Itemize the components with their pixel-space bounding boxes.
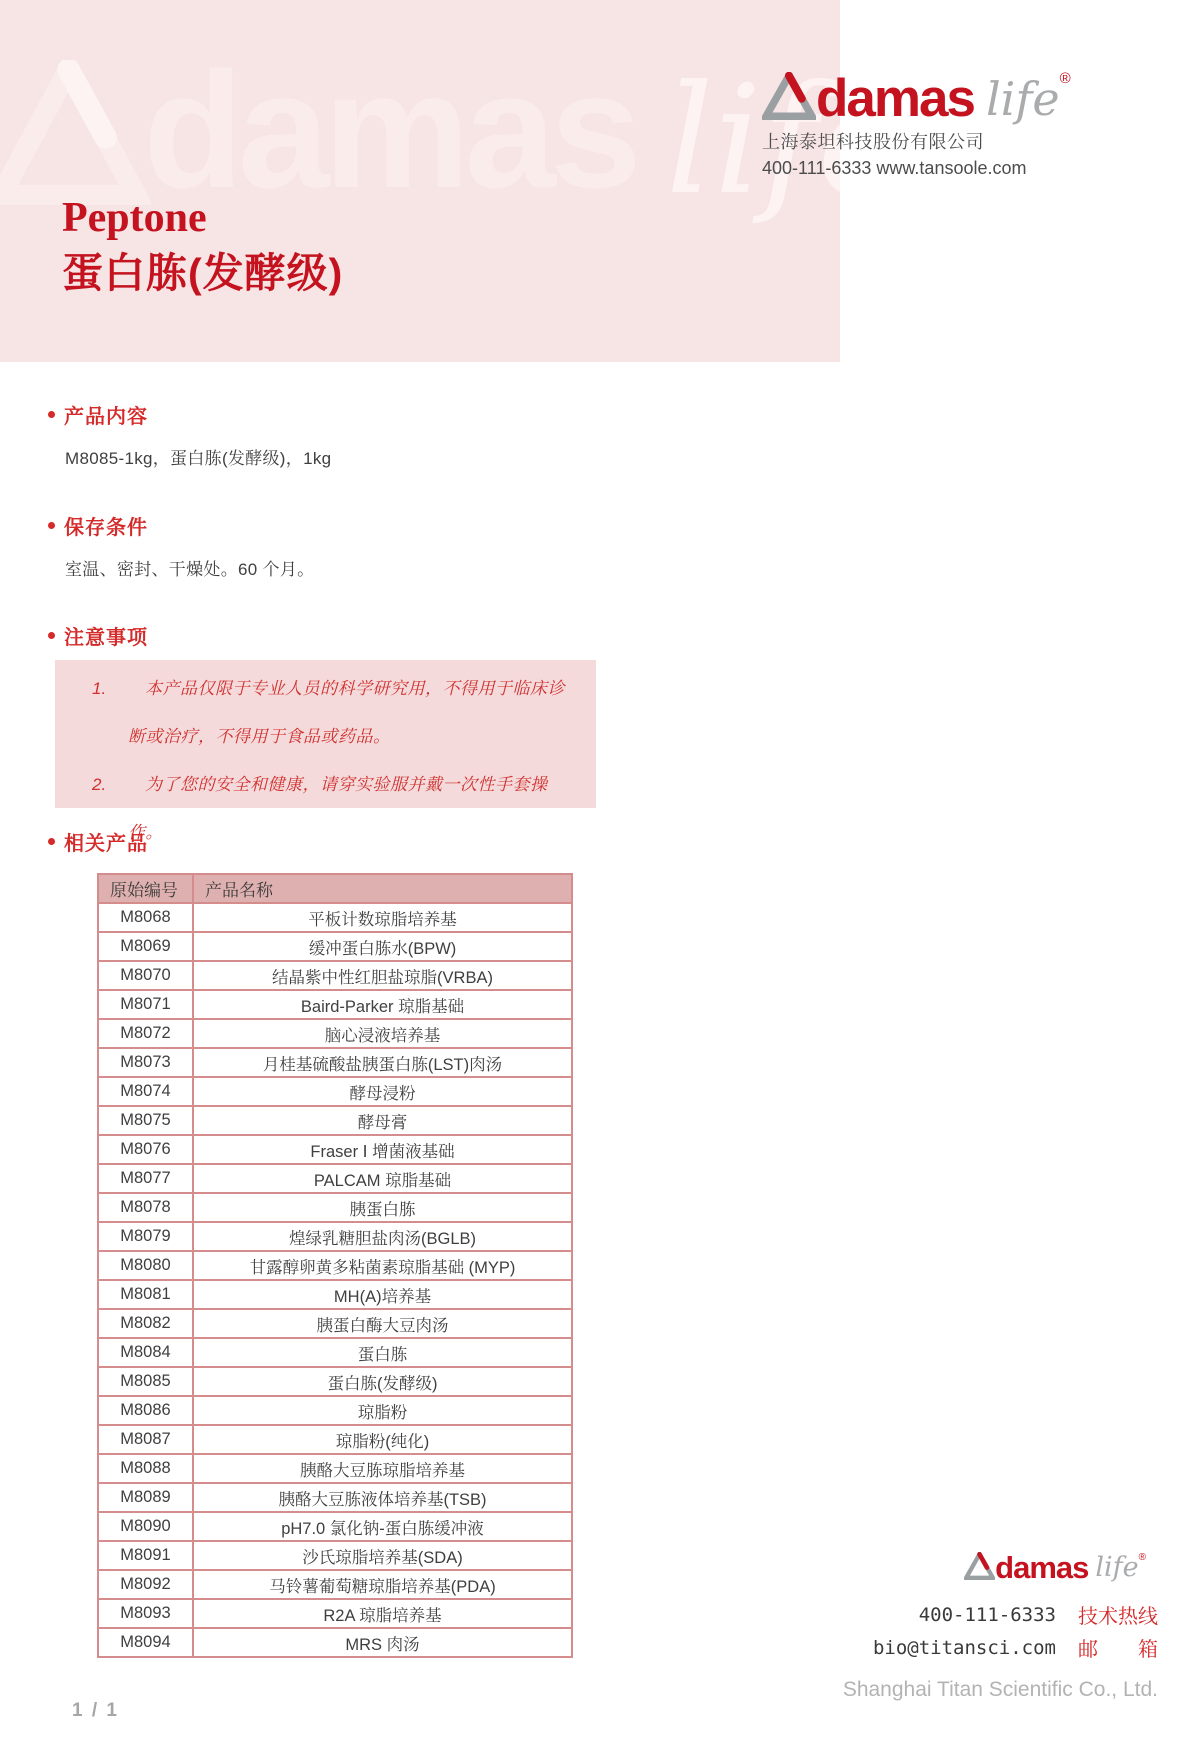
product-name-cell: 胰酪大豆胨液体培养基(TSB) [193,1483,572,1512]
hotline-row: 400-111-6333 技术热线 [873,1600,1158,1629]
note-text: 为了您的安全和健康，请穿实验服并戴一次性手套操作。 [128,761,571,857]
table-row: M8084蛋白胨 [98,1338,572,1367]
table-row: M8087琼脂粉(纯化) [98,1425,572,1454]
brand-registered-mark: ® [1060,70,1071,87]
table-row: M8091沙氏琼脂培养基(SDA) [98,1541,572,1570]
section-heading-label: 保存条件 [64,511,148,540]
product-name-cell: 平板计数琼脂培养基 [193,903,572,932]
product-name-cell: 胰蛋白胨 [193,1193,572,1222]
notes-box: 1. 本产品仅限于专业人员的科学研究用，不得用于临床诊断或治疗，不得用于食品或药… [55,660,596,808]
product-name-cell: 马铃薯葡萄糖琼脂培养基(PDA) [193,1570,572,1599]
bullet-icon [48,838,55,845]
table-row: M8094MRS 肉汤 [98,1628,572,1657]
section-heading-storage: 保存条件 [48,511,148,540]
product-name-cell: 脑心浸液培养基 [193,1019,572,1048]
product-code-cell: M8086 [98,1396,193,1425]
related-products-body: M8068平板计数琼脂培养基M8069缓冲蛋白胨水(BPW)M8070结晶紫中性… [98,903,572,1657]
product-name-cell: R2A 琼脂培养基 [193,1599,572,1628]
adamas-triangle-watermark-icon [0,60,151,205]
adamas-triangle-logo-icon [762,72,816,120]
product-code-cell: M8070 [98,961,193,990]
table-row: M8069缓冲蛋白胨水(BPW) [98,932,572,961]
product-code-cell: M8094 [98,1628,193,1657]
product-code-cell: M8077 [98,1164,193,1193]
hotline-number: 400-111-6333 [919,1604,1056,1626]
product-name-cell: 琼脂粉 [193,1396,572,1425]
note-text: 本产品仅限于专业人员的科学研究用，不得用于临床诊断或治疗，不得用于食品或药品。 [128,665,571,761]
table-row: M8085蛋白胨(发酵级) [98,1367,572,1396]
table-row: M8071Baird-Parker 琼脂基础 [98,990,572,1019]
watermark-damas-text: damas [143,48,636,213]
table-row: M8081MH(A)培养基 [98,1280,572,1309]
hotline-label: 技术热线 [1078,1600,1158,1629]
product-name-cell: PALCAM 琼脂基础 [193,1164,572,1193]
table-row: M8070结晶紫中性红胆盐琼脂(VRBA) [98,961,572,990]
table-row: M8090pH7.0 氯化钠-蛋白胨缓冲液 [98,1512,572,1541]
product-code-cell: M8075 [98,1106,193,1135]
brand-registered-mark: ® [1139,1552,1146,1563]
brand-life-text: life [1095,1556,1138,1580]
table-row: M8075酵母膏 [98,1106,572,1135]
company-logo-top: damas life ® 上海泰坦科技股份有限公司 400-111-6333 w… [762,72,1071,179]
product-name-cell: Fraser Ⅰ 增菌液基础 [193,1135,572,1164]
section-heading-label: 相关产品 [64,827,148,856]
bullet-icon [48,411,55,418]
product-code-cell: M8092 [98,1570,193,1599]
table-row: M8080甘露醇卵黄多粘菌素琼脂基础 (MYP) [98,1251,572,1280]
table-row: M8086琼脂粉 [98,1396,572,1425]
related-products-table: 原始编号 产品名称 M8068平板计数琼脂培养基M8069缓冲蛋白胨水(BPW)… [97,873,573,1658]
table-header-row: 原始编号 产品名称 [98,874,572,903]
product-code-cell: M8078 [98,1193,193,1222]
product-name-cell: 月桂基硫酸盐胰蛋白胨(LST)肉汤 [193,1048,572,1077]
table-row: M8072脑心浸液培养基 [98,1019,572,1048]
table-row: M8073月桂基硫酸盐胰蛋白胨(LST)肉汤 [98,1048,572,1077]
product-title-zh: 蛋白胨(发酵级) [62,245,343,302]
adamas-triangle-logo-icon [964,1552,995,1580]
header-banner: damas life ® Peptone 蛋白胨(发酵级) [0,0,840,362]
product-name-cell: 胰蛋白酶大豆肉汤 [193,1309,572,1338]
brand-logo-line: damas life ® [762,72,1071,120]
table-row: M8079煌绿乳糖胆盐肉汤(BGLB) [98,1222,572,1251]
section-heading-label: 注意事项 [64,621,148,650]
note-number: 1. [92,665,128,761]
company-logo-bottom: damas life ® [964,1552,1146,1580]
product-name-cell: 甘露醇卵黄多粘菌素琼脂基础 (MYP) [193,1251,572,1280]
company-contact-line: 400-111-6333 www.tansoole.com [762,158,1071,179]
company-name-en: Shanghai Titan Scientific Co., Ltd. [843,1678,1158,1702]
section-heading-related-products: 相关产品 [48,827,148,856]
footer-contact-block: 400-111-6333 技术热线 bio@titansci.com 邮箱 [873,1600,1158,1662]
storage-body: 室温、密封、干燥处。60 个月。 [65,555,314,580]
email-row: bio@titansci.com 邮箱 [873,1633,1158,1662]
bullet-icon [48,522,55,529]
table-row: M8068平板计数琼脂培养基 [98,903,572,932]
product-content-body: M8085-1kg，蛋白胨(发酵级)，1kg [65,444,331,469]
product-name-cell: pH7.0 氯化钠-蛋白胨缓冲液 [193,1512,572,1541]
table-row: M8092马铃薯葡萄糖琼脂培养基(PDA) [98,1570,572,1599]
brand-life-text: life [986,79,1060,120]
product-name-cell: 琼脂粉(纯化) [193,1425,572,1454]
email-address: bio@titansci.com [873,1637,1056,1659]
product-name-cell: MRS 肉汤 [193,1628,572,1657]
brand-logo-line: damas life ® [964,1552,1146,1580]
note-item: 2. 为了您的安全和健康，请穿实验服并戴一次性手套操作。 [92,761,596,857]
page-number: 1 / 1 [72,1700,119,1722]
product-code-cell: M8081 [98,1280,193,1309]
brand-damas-text: damas [995,1555,1088,1580]
section-heading-label: 产品内容 [64,400,148,429]
product-code-cell: M8074 [98,1077,193,1106]
product-code-cell: M8087 [98,1425,193,1454]
product-code-cell: M8079 [98,1222,193,1251]
note-item: 1. 本产品仅限于专业人员的科学研究用，不得用于临床诊断或治疗，不得用于食品或药… [92,665,596,761]
section-heading-notes: 注意事项 [48,621,148,650]
column-header-code: 原始编号 [98,874,193,903]
table-row: M8082胰蛋白酶大豆肉汤 [98,1309,572,1338]
product-code-cell: M8088 [98,1454,193,1483]
company-name-zh: 上海泰坦科技股份有限公司 [762,128,1071,154]
product-name-cell: MH(A)培养基 [193,1280,572,1309]
product-code-cell: M8082 [98,1309,193,1338]
datasheet-page: damas life ® Peptone 蛋白胨(发酵级) damas life… [0,0,1190,1741]
table-row: M8088胰酪大豆胨琼脂培养基 [98,1454,572,1483]
product-name-cell: 煌绿乳糖胆盐肉汤(BGLB) [193,1222,572,1251]
product-code-cell: M8090 [98,1512,193,1541]
table-row: M8089胰酪大豆胨液体培养基(TSB) [98,1483,572,1512]
product-name-cell: 酵母膏 [193,1106,572,1135]
product-name-cell: 沙氏琼脂培养基(SDA) [193,1541,572,1570]
column-header-name: 产品名称 [193,874,572,903]
table-row: M8077PALCAM 琼脂基础 [98,1164,572,1193]
product-title-en: Peptone [62,192,343,245]
product-code-cell: M8089 [98,1483,193,1512]
product-name-cell: 蛋白胨(发酵级) [193,1367,572,1396]
product-name-cell: Baird-Parker 琼脂基础 [193,990,572,1019]
product-code-cell: M8069 [98,932,193,961]
product-code-cell: M8091 [98,1541,193,1570]
product-title-block: Peptone 蛋白胨(发酵级) [62,192,343,302]
product-code-cell: M8076 [98,1135,193,1164]
product-code-cell: M8072 [98,1019,193,1048]
product-name-cell: 酵母浸粉 [193,1077,572,1106]
product-code-cell: M8073 [98,1048,193,1077]
product-name-cell: 胰酪大豆胨琼脂培养基 [193,1454,572,1483]
product-code-cell: M8084 [98,1338,193,1367]
bullet-icon [48,632,55,639]
table-row: M8074酵母浸粉 [98,1077,572,1106]
product-code-cell: M8085 [98,1367,193,1396]
product-code-cell: M8080 [98,1251,193,1280]
table-row: M8093R2A 琼脂培养基 [98,1599,572,1628]
section-heading-product-content: 产品内容 [48,400,148,429]
product-code-cell: M8071 [98,990,193,1019]
product-name-cell: 缓冲蛋白胨水(BPW) [193,932,572,961]
brand-damas-text: damas [816,77,974,120]
product-name-cell: 蛋白胨 [193,1338,572,1367]
product-name-cell: 结晶紫中性红胆盐琼脂(VRBA) [193,961,572,990]
product-code-cell: M8068 [98,903,193,932]
table-row: M8078胰蛋白胨 [98,1193,572,1222]
email-label: 邮箱 [1078,1633,1158,1662]
table-row: M8076Fraser Ⅰ 增菌液基础 [98,1135,572,1164]
product-code-cell: M8093 [98,1599,193,1628]
